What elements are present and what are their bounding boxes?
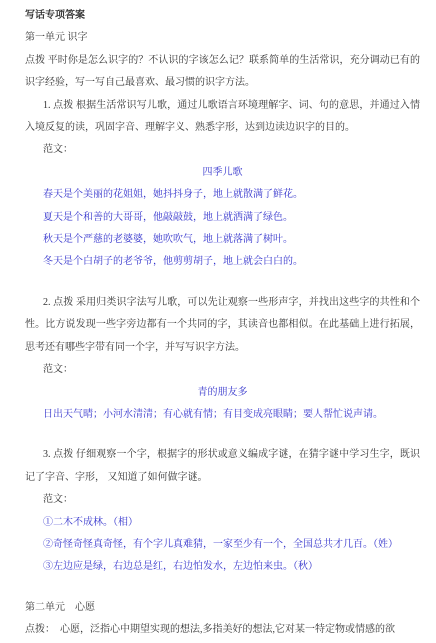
paragraph: 范文： — [25, 489, 420, 511]
blank-line — [25, 274, 420, 292]
sample-text: 夏天是个和善的大哥哥，他敲敲鼓，地上就洒满了绿色。 — [25, 207, 420, 229]
sample-text: 春天是个美丽的花姐姐，她抖抖身子，地上就散满了鲜花。 — [25, 184, 420, 206]
sample-text: 日出天气晴；小河水清清；有心就有情；有目变成亮眼睛；要人帮忙说声请。 — [25, 404, 420, 426]
paragraph: 2. 点拨 采用归类识字法写儿歌，可以先让观察一些形声字，并找出这些字的共性和个… — [25, 292, 420, 359]
sample-text: ②奇怪奇怪真奇怪，有个字儿真难猜，一家至少有一个，全国总共才几百。（姓） — [25, 534, 420, 556]
sample-heading: 青的朋友多 — [25, 382, 420, 404]
paragraph: 范文： — [25, 139, 420, 161]
section-heading: 第一单元 识字 — [25, 27, 420, 49]
paragraph: 范文： — [25, 359, 420, 381]
section-heading: 第二单元 心愿 — [25, 597, 420, 619]
paragraph: 点拨 平时你是怎么识字的？不认识的字该怎么记？联系简单的生活常识，充分调动已有的… — [25, 50, 420, 95]
paragraph: 1. 点拨 根据生活常识写儿歌，通过儿歌语言环境理解字、词、句的意思，并通过入情… — [25, 95, 420, 140]
sample-text: 冬天是个白胡子的老爷爷，他剪剪胡子，地上就会白白的。 — [25, 251, 420, 273]
paragraph: 3. 点拨 仔细观察一个字，根据字的形状或意义编成字谜，在猜字谜中学习生字，既识… — [25, 444, 420, 489]
paragraph: 点拨： 心愿，泛指心中期望实现的想法,多指美好的想法,它对某一特定物或情感的欲 — [25, 619, 420, 641]
sample-text: ③左边应是绿，右边总是红，右边怕发水，左边怕来虫。（秋） — [25, 556, 420, 578]
blank-line — [25, 426, 420, 444]
document-title: 写话专项答案 — [25, 5, 420, 27]
sample-text: 秋天是个严慈的老婆婆，她吹吹气，地上就落满了树叶。 — [25, 229, 420, 251]
document-page: 写话专项答案第一单元 识字点拨 平时你是怎么识字的？不认识的字该怎么记？联系简单… — [0, 0, 436, 643]
sample-text: ①二木不成林。（相） — [25, 512, 420, 534]
blank-line — [25, 579, 420, 597]
sample-heading: 四季儿歌 — [25, 162, 420, 184]
